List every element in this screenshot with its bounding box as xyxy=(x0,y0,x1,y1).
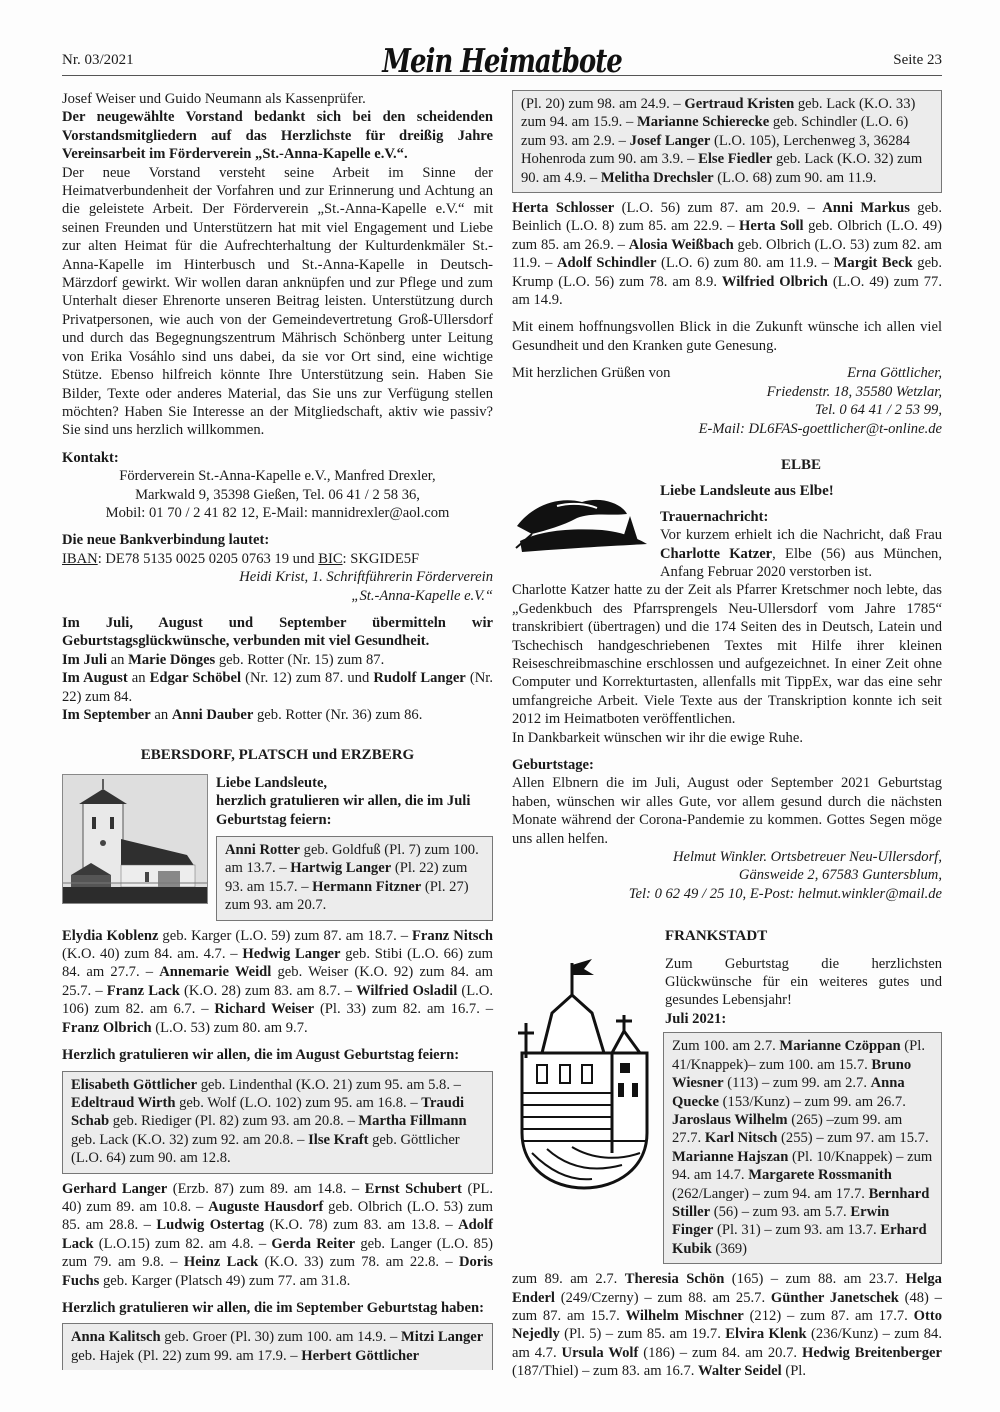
elbe-landscape-drawing xyxy=(512,486,652,576)
person-name: Alosia Weißbach xyxy=(629,237,734,253)
church-photo xyxy=(62,774,208,904)
august-birthdays-box: Elisabeth Göttlicher geb. Lindenthal (K.… xyxy=(62,1071,493,1174)
person-name: Wilhelm Mischner xyxy=(626,1308,744,1324)
person-name: Wilfried Olbrich xyxy=(722,274,828,290)
page-header: Nr. 03/2021 Mein Heimatbote Seite 23 xyxy=(62,26,942,76)
birthday-detail: Zum 100. am 2.7. xyxy=(672,1038,779,1054)
paragraph: Der neue Vorstand versteht seine Arbeit … xyxy=(62,164,493,440)
section-title-frankstadt: FRANKSTADT xyxy=(665,927,942,945)
person-name: Gerda Reiter xyxy=(271,1236,355,1252)
person-name: Margarete Rossmanith xyxy=(748,1167,892,1183)
birthday-detail: (113) – zum 99. am 2.7. xyxy=(724,1075,871,1091)
frankstadt-intro: Zum Geburtstag die herzlichsten Glückwün… xyxy=(665,955,942,1010)
person-name: Franz Lack xyxy=(107,983,180,999)
person-name: Melitha Drechsler xyxy=(601,170,714,186)
person-name: Elydia Koblenz xyxy=(62,928,158,944)
birthday-detail: (212) – zum 87. am 17.7. xyxy=(744,1308,914,1324)
newspaper-logo: Mein Heimatbote xyxy=(382,50,622,73)
person-name: Marianne Schierecke xyxy=(637,114,769,130)
paragraph: Josef Weiser und Guido Neumann als Kasse… xyxy=(62,90,493,108)
person-name: Herta Soll xyxy=(739,218,804,234)
birthday-detail: (153/Kunz) – zum 99. am 26.7. xyxy=(719,1094,906,1110)
birthday-detail: geb. Lack (K.O. 32) zum 92. am 20.8. – xyxy=(71,1132,308,1148)
september-birthdays-box: Anna Kalitsch geb. Groer (Pl. 30) zum 10… xyxy=(62,1323,493,1370)
person-name: Ludwig Ostertag xyxy=(156,1217,264,1233)
contact-line: Markwald 9, 35398 Gießen, Tel. 06 41 / 2… xyxy=(62,486,493,504)
greeting-august: Im August an Edgar Schöbel (Nr. 12) zum … xyxy=(62,669,493,706)
signature-address: Friedenstr. 18, 35580 Wetzlar, xyxy=(512,383,942,401)
person-name: Else Fiedler xyxy=(698,151,772,167)
person-name: Ursula Wolf xyxy=(562,1345,639,1361)
birthday-detail: (249/Czerny) – zum 88. am 25.7. xyxy=(555,1290,771,1306)
birthday-detail: (165) – zum 88. am 23.7. xyxy=(724,1271,905,1287)
september-birthdays-list: Herta Schlosser (L.O. 56) zum 87. am 20.… xyxy=(512,199,942,309)
person-name: Auguste Hausdorf xyxy=(208,1199,323,1215)
birthdays-label: Geburtstage: xyxy=(512,756,942,774)
person-name: Walter Seidel xyxy=(698,1363,782,1379)
person-name: Adolf Schindler xyxy=(557,255,656,271)
birthday-detail: (K.O. 40) zum 84. am. 4.7. – xyxy=(62,946,242,962)
person-name: Edeltraud Wirth xyxy=(71,1095,175,1111)
person-name: Ernst Schubert xyxy=(365,1181,462,1197)
frankstadt-coat-of-arms xyxy=(512,925,657,1185)
birthday-detail: (K.O. 78) zum 83. am 13.8. – xyxy=(264,1217,458,1233)
september-heading: Herzlich gratulieren wir allen, die im S… xyxy=(62,1299,493,1317)
birthday-detail: (Pl. xyxy=(782,1363,806,1379)
person-name: Anni Markus xyxy=(822,200,910,216)
person-name: Franz Nitsch xyxy=(412,928,493,944)
person-name: Herta Schlosser xyxy=(512,200,614,216)
person-name: Anna Kalitsch xyxy=(71,1329,161,1345)
bank-label: Die neue Bankverbindung lautet: xyxy=(62,531,493,549)
birthday-detail: (255) – zum 97. am 15.7. xyxy=(777,1130,928,1146)
signature-phone: Tel. 0 64 41 / 2 53 99, xyxy=(512,401,942,419)
birthday-detail: (L.O. 68) zum 90. am 11.9. xyxy=(714,170,877,186)
obituary-body: Charlotte Katzer hatte zu der Zeit als P… xyxy=(512,581,942,728)
birthday-detail: geb. Riediger (Pl. 82) zum 93. am 20.8. … xyxy=(109,1113,358,1129)
birthday-detail: (Pl. 31) – zum 93. am 13.7. xyxy=(713,1222,880,1238)
person-name: Martha Fillmann xyxy=(358,1113,466,1129)
september-birthdays-box-continued: (Pl. 20) zum 98. am 24.9. – Gertraud Kri… xyxy=(512,90,942,193)
paragraph-bold: Der neugewählte Vorstand bedankt sich be… xyxy=(62,108,493,163)
obituary-intro: Vor kurzem erhielt ich die Nachricht, da… xyxy=(660,526,942,581)
person-name: Annemarie Weidl xyxy=(159,964,271,980)
august-birthdays-list: Gerhard Langer (Erzb. 87) zum 89. am 14.… xyxy=(62,1180,493,1290)
person-name: Margit Beck xyxy=(834,255,913,271)
birthday-detail: (L.O.15) zum 82. am 4.8. – xyxy=(94,1236,272,1252)
august-heading: Herzlich gratulieren wir allen, die im A… xyxy=(62,1046,493,1064)
person-name: Hedwig Breitenberger xyxy=(802,1345,942,1361)
obituary-end: In Dankbarkeit wünschen wir ihr die ewig… xyxy=(512,729,942,747)
greeting-september: Im September an Anni Dauber geb. Rotter … xyxy=(62,706,493,724)
birthday-detail: geb. Lindenthal (K.O. 21) zum 95. am 5.8… xyxy=(197,1077,461,1093)
closing-paragraph: Mit einem hoffnungsvollen Blick in die Z… xyxy=(512,318,942,355)
contact-line: Förderverein St.-Anna-Kapelle e.V., Manf… xyxy=(62,467,493,485)
person-name: Richard Weiser xyxy=(214,1001,314,1017)
birthday-detail: geb. Karger (Platsch 49) zum 77. am 31.8… xyxy=(99,1273,350,1289)
frankstadt-july-list: zum 89. am 2.7. Theresia Schön (165) – z… xyxy=(512,1270,942,1380)
left-column: Josef Weiser und Guido Neumann als Kasse… xyxy=(62,90,493,1370)
greeting-heading: herzlich gratulieren wir allen, die im J… xyxy=(216,792,493,829)
bic-value: : SKGIDE5F xyxy=(343,551,420,567)
birthday-detail: geb. Hajek (Pl. 22) zum 99. am 17.9. – xyxy=(71,1348,301,1364)
bic-label: BIC xyxy=(318,551,342,567)
signature: Tel: 0 62 49 / 25 10, E-Post: helmut.win… xyxy=(512,885,942,903)
section-title-ebersdorf: EBERSDORF, PLATSCH und ERZBERG xyxy=(62,746,493,764)
july-birthdays-box: Anni Rotter geb. Goldfuß (Pl. 7) zum 100… xyxy=(216,836,493,921)
person-name: Elvira Klenk xyxy=(725,1326,806,1342)
person-name: Karl Nitsch xyxy=(705,1130,778,1146)
person-name: Hermann Fitzner xyxy=(312,879,421,895)
bank-details: IBAN: DE78 5135 0025 0205 0763 19 und BI… xyxy=(62,550,493,568)
signature: Helmut Winkler. Ortsbetreuer Neu-Ullersd… xyxy=(512,848,942,866)
contact-label: Kontakt: xyxy=(62,449,493,467)
section-title-elbe: ELBE xyxy=(660,456,942,474)
obituary-label: Trauernachricht: xyxy=(660,508,942,526)
greeting-july: Im Juli an Marie Dönges geb. Rotter (Nr.… xyxy=(62,651,493,669)
birthday-detail: zum 89. am 2.7. xyxy=(512,1271,625,1287)
person-name: Hedwig Langer xyxy=(242,946,340,962)
greeting-intro: Im Juli, August und September übermittel… xyxy=(62,614,493,651)
birthday-detail: geb. Karger (L.O. 59) zum 87. am 18.7. – xyxy=(158,928,412,944)
regards: Mit herzlichen Grüßen von xyxy=(512,364,670,382)
person-name: Marianne Czöppan xyxy=(779,1038,900,1054)
person-name: Wilfried Osladil xyxy=(356,983,457,999)
birthday-detail: (Pl. 5) – zum 85. am 19.7. xyxy=(560,1326,725,1342)
birthday-detail: geb. Groer (Pl. 30) zum 100. am 14.9. – xyxy=(161,1329,401,1345)
person-name: Mitzi Langer xyxy=(401,1329,483,1345)
birthday-detail: (Pl. 33) zum 82. am 16.7. – xyxy=(314,1001,493,1017)
birthday-detail: (56) – zum 93. am 5.7. xyxy=(710,1204,850,1220)
person-name: Anni Rotter xyxy=(225,842,300,858)
signature: Gänsweide 2, 67583 Guntersblum, xyxy=(512,866,942,884)
person-name: Gerhard Langer xyxy=(62,1181,167,1197)
birthday-detail: (Erzb. 87) zum 89. am 14.8. – xyxy=(167,1181,364,1197)
person-name: Jaroslaus Wilhelm xyxy=(672,1112,788,1128)
issue-number: Nr. 03/2021 xyxy=(62,51,134,69)
person-name: Herbert Göttlicher xyxy=(301,1348,419,1364)
person-name: Marianne Hajszan xyxy=(672,1149,788,1165)
elbe-greeting: Liebe Landsleute aus Elbe! xyxy=(660,482,942,500)
person-name: Theresia Schön xyxy=(625,1271,725,1287)
birthday-detail: (L.O. 6) zum 80. am 11.9. – xyxy=(656,255,833,271)
frankstadt-july-box: Zum 100. am 2.7. Marianne Czöppan (Pl. 4… xyxy=(663,1032,942,1264)
person-name: Hartwig Langer xyxy=(290,860,391,876)
july-birthdays-list: Elydia Koblenz geb. Karger (L.O. 59) zum… xyxy=(62,927,493,1037)
birthday-detail: (186) – zum 84. am 20.7. xyxy=(638,1345,802,1361)
person-name: Elisabeth Göttlicher xyxy=(71,1077,197,1093)
birthday-detail: geb. Wolf (L.O. 102) zum 95. am 16.8. – xyxy=(175,1095,421,1111)
person-name: Franz Olbrich xyxy=(62,1020,152,1036)
birthday-detail: (L.O. 56) zum 87. am 20.9. – xyxy=(614,200,822,216)
signature: Heidi Krist, 1. Schriftführerin Förderve… xyxy=(62,568,493,586)
signature-email: E-Mail: DL6FAS-goettlicher@t-online.de xyxy=(512,420,942,438)
iban-label: IBAN xyxy=(62,551,98,567)
birthday-detail: (369) xyxy=(712,1241,747,1257)
birthday-detail: (187/Thiel) – zum 83. am 16.7. xyxy=(512,1363,698,1379)
person-name: Heinz Lack xyxy=(184,1254,258,1270)
birthday-detail: (262/Langer) – zum 94. am 17.7. xyxy=(672,1186,869,1202)
signature: „St.-Anna-Kapelle e.V.“ xyxy=(62,587,493,605)
birthday-detail: (K.O. 33) zum 78. am 22.8. – xyxy=(258,1254,459,1270)
person-name: Gertraud Kristen xyxy=(684,96,794,112)
contact-line: Mobil: 01 70 / 2 41 82 12, E-Mail: manni… xyxy=(62,504,493,522)
person-name: Josef Langer xyxy=(630,133,711,149)
birthday-detail: (Pl. 20) zum 98. am 24.9. – xyxy=(521,96,684,112)
right-column: (Pl. 20) zum 98. am 24.9. – Gertraud Kri… xyxy=(512,90,942,1381)
birthday-detail: (K.O. 28) zum 83. am 8.7. – xyxy=(180,983,356,999)
person-name: Günther Janetschek xyxy=(771,1290,899,1306)
greeting-heading: Liebe Landsleute, xyxy=(216,774,493,792)
iban-value: : DE78 5135 0025 0205 0763 19 und xyxy=(98,551,319,567)
person-name: Ilse Kraft xyxy=(308,1132,368,1148)
birthdays-text: Allen Elbnern die im Juli, August oder S… xyxy=(512,774,942,848)
frankstadt-month: Juli 2021: xyxy=(665,1010,942,1028)
page-number: Seite 23 xyxy=(893,51,942,69)
signature-name: Erna Göttlicher, xyxy=(847,364,942,382)
birthday-detail: (L.O. 53) zum 80. am 9.7. xyxy=(152,1020,308,1036)
